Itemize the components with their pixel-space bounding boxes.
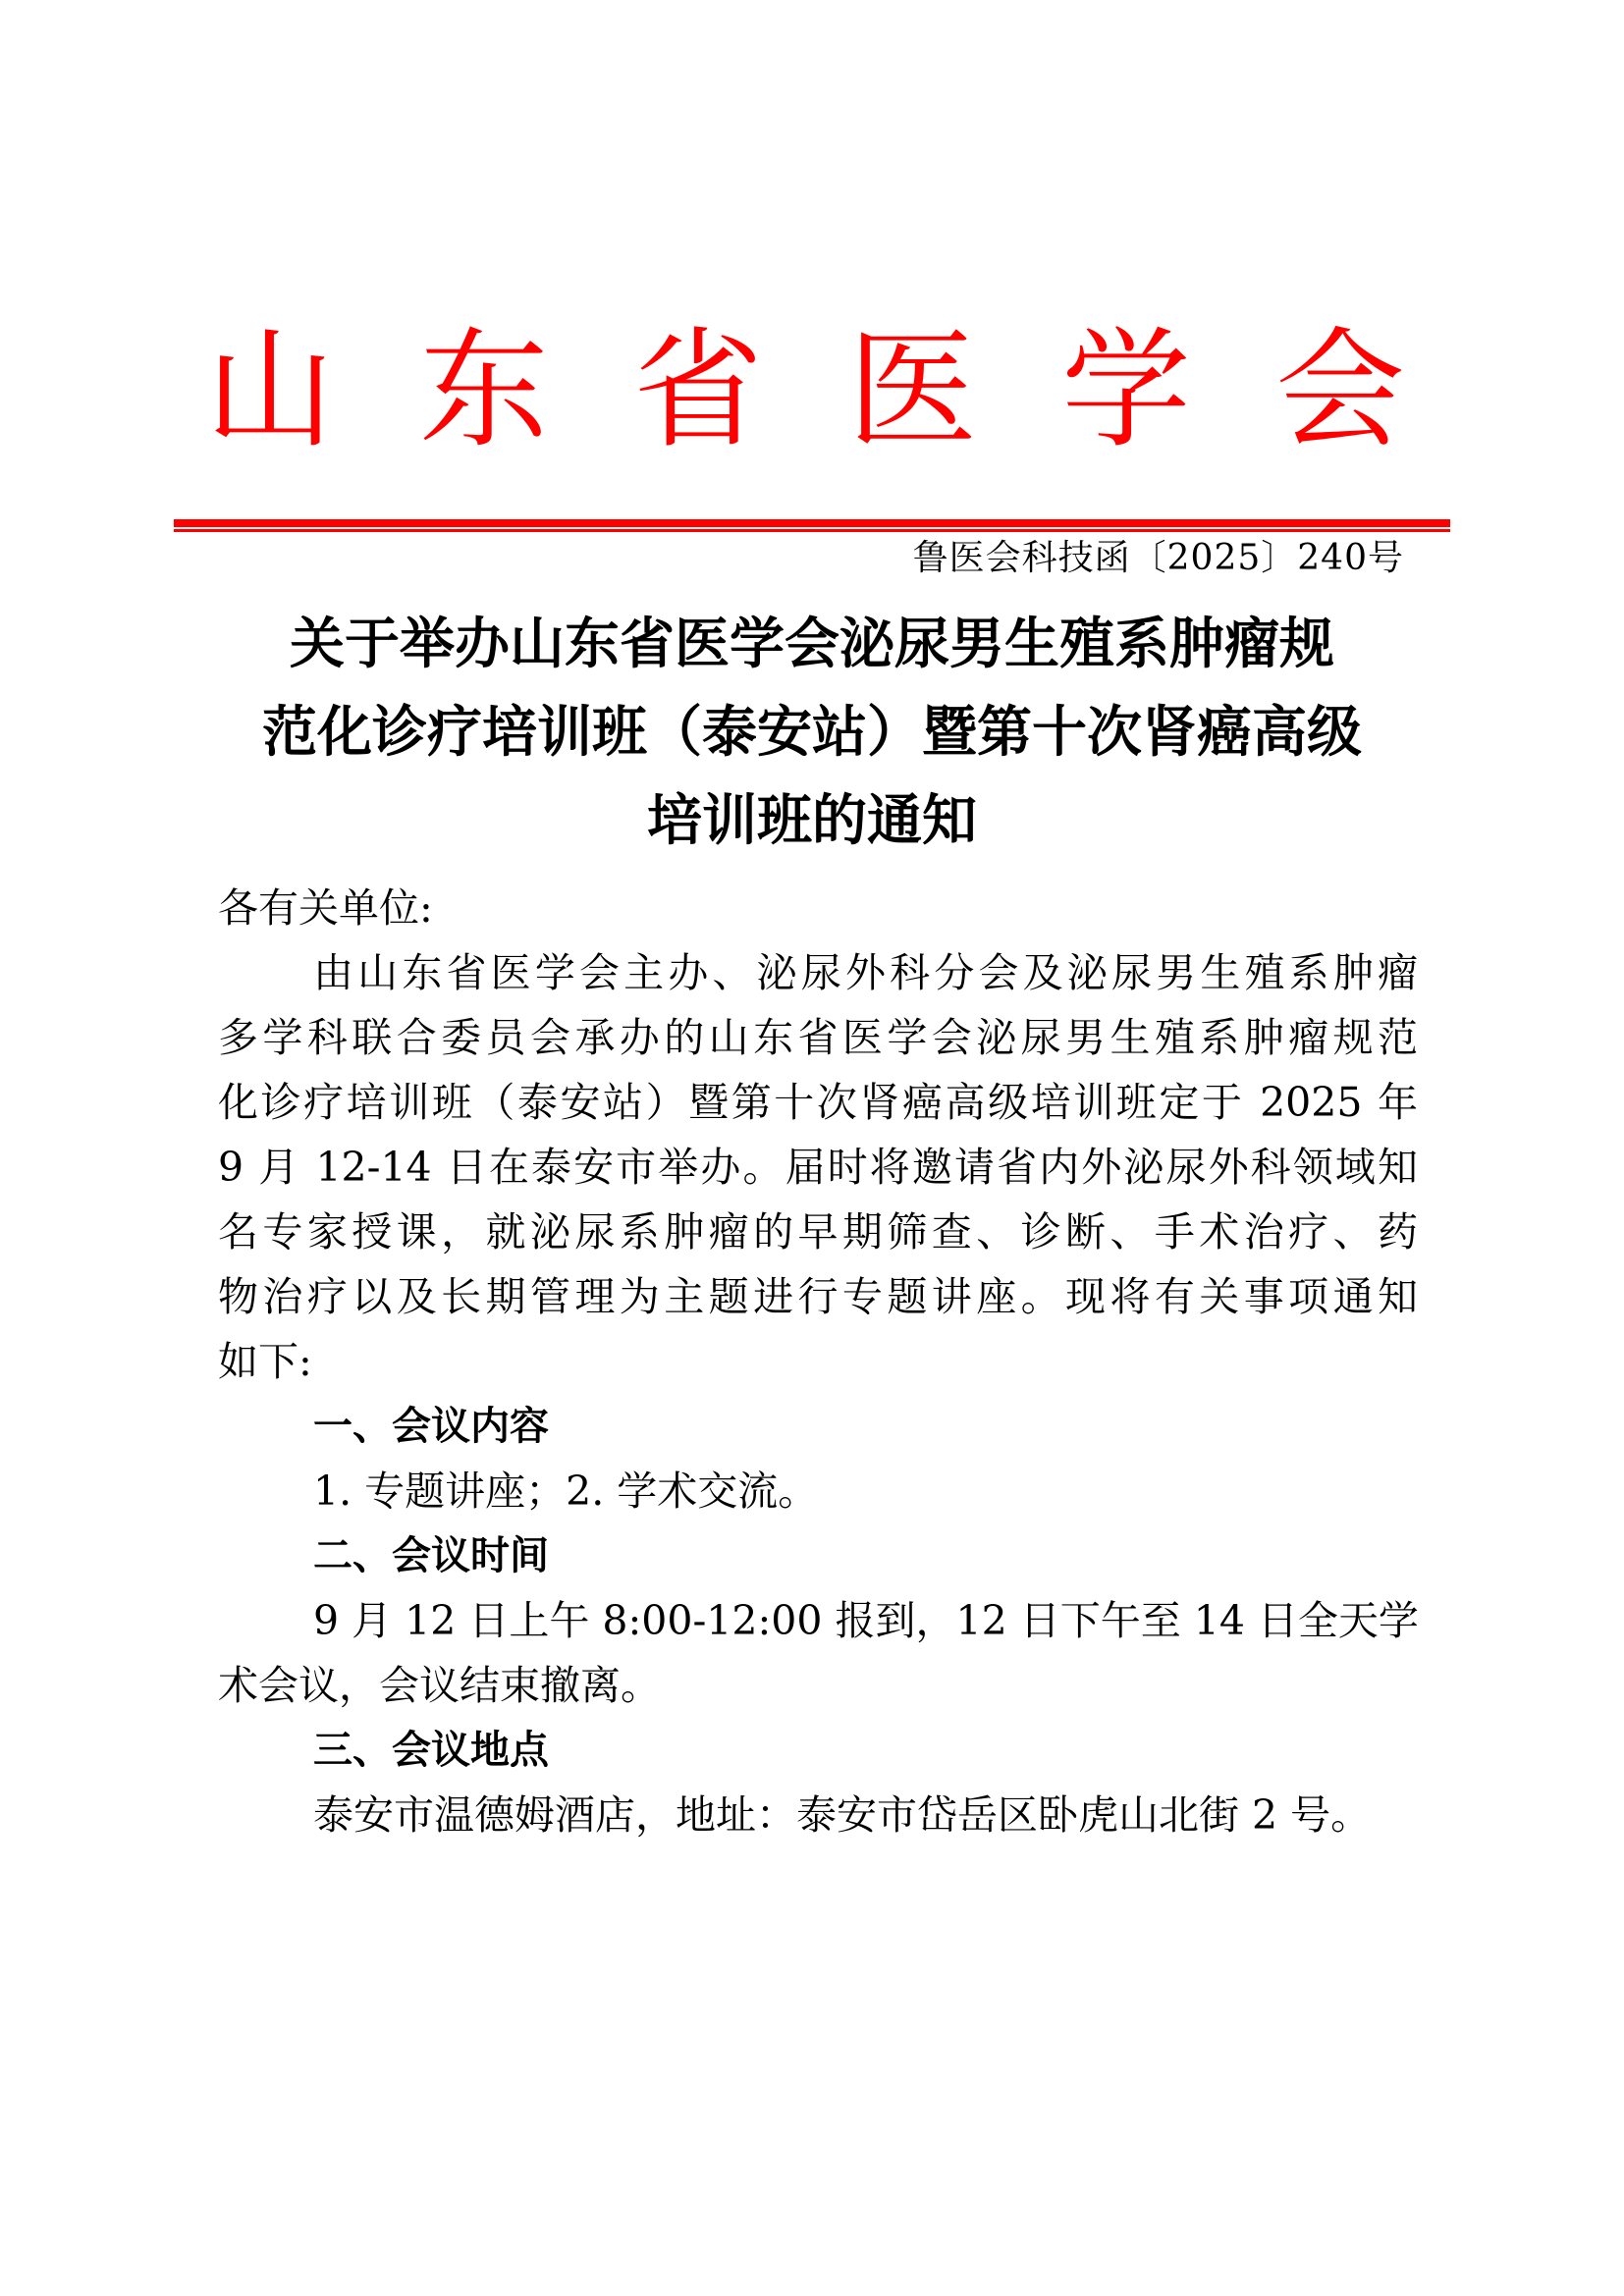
notice-body: 各有关单位: 由山东省医学会主办、泌尿外科分会及泌尿男生殖系肿瘤 多学科联合委员… [218,876,1418,1847]
section-heading-time: 二、会议时间 [218,1523,1418,1588]
letterhead-char: 会 [1267,312,1414,469]
letterhead-char: 学 [1053,312,1200,469]
title-line: 关于举办山东省医学会泌尿男生殖系肿瘤规 [174,601,1450,689]
letterhead-char: 医 [839,312,986,469]
document-page: 山 东 省 医 学 会 鲁医会科技函〔2025〕240号 关于举办山东省医学会泌… [0,0,1624,2296]
salutation: 各有关单位: [218,876,1418,940]
section-heading-location: 三、会议地点 [218,1718,1418,1783]
section-location-line: 泰安市温德姆酒店，地址：泰安市岱岳区卧虎山北街 2 号。 [218,1783,1418,1847]
notice-title: 关于举办山东省医学会泌尿男生殖系肿瘤规 范化诊疗培训班（泰安站）暨第十次肾癌高级… [174,601,1450,866]
section-time-line: 9 月 12 日上午 8:00-12:00 报到，12 日下午至 14 日全天学 [218,1588,1418,1653]
title-line: 培训班的通知 [174,777,1450,866]
title-line: 范化诊疗培训班（泰安站）暨第十次肾癌高级 [174,689,1450,777]
red-divider-thick [174,519,1450,527]
letterhead-char: 东 [410,312,558,469]
intro-line: 如下: [218,1329,1418,1394]
intro-line: 名专家授课，就泌尿系肿瘤的早期筛查、诊断、手术治疗、药 [218,1200,1418,1264]
section-time-line: 术会议，会议结束撤离。 [218,1653,1418,1718]
intro-line: 化诊疗培训班（泰安站）暨第十次肾癌高级培训班定于 2025 年 [218,1070,1418,1135]
section-content-line: 1. 专题讲座；2. 学术交流。 [218,1459,1418,1523]
letterhead-char: 省 [624,312,772,469]
intro-line: 物治疗以及长期管理为主题进行专题讲座。现将有关事项通知 [218,1264,1418,1329]
red-divider-thin [174,529,1450,532]
letterhead-char: 山 [196,312,344,469]
intro-line: 多学科联合委员会承办的山东省医学会泌尿男生殖系肿瘤规范 [218,1005,1418,1070]
document-number: 鲁医会科技函〔2025〕240号 [913,536,1404,581]
intro-line: 由山东省医学会主办、泌尿外科分会及泌尿男生殖系肿瘤 [218,940,1418,1005]
intro-line: 9 月 12-14 日在泰安市举办。届时将邀请省内外泌尿外科领域知 [218,1135,1418,1200]
letterhead-title: 山 东 省 医 学 会 [196,312,1414,469]
section-heading-content: 一、会议内容 [218,1394,1418,1459]
